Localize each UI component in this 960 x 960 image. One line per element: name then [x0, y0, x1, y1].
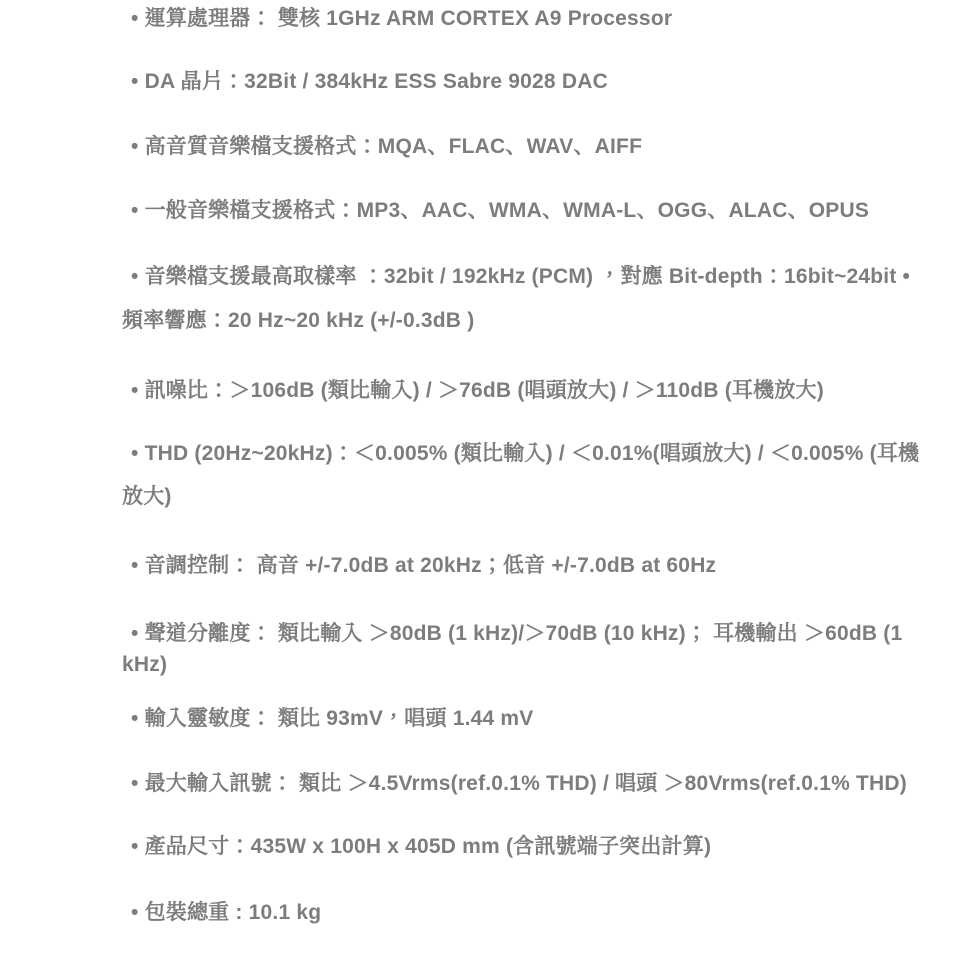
spec-line-thd-wrap: 放大)	[122, 482, 172, 512]
spec-line-dac-chip: • DA 晶片：32Bit / 384kHz ESS Sabre 9028 DA…	[131, 67, 608, 97]
spec-line-max-sample-rate: • 音樂檔支援最高取樣率 ：32bit / 192kHz (PCM) ，對應 B…	[131, 262, 910, 292]
spec-line-hires-audio-formats: • 高音質音樂檔支援格式：MQA、FLAC、WAV、AIFF	[131, 132, 642, 162]
spec-line-processor: • 運算處理器： 雙核 1GHz ARM CORTEX A9 Processor	[131, 4, 672, 34]
spec-line-input-sensitivity: • 輸入靈敏度： 類比 93mV，唱頭 1.44 mV	[131, 704, 534, 734]
spec-line-tone-control: • 音調控制： 高音 +/-7.0dB at 20kHz；低音 +/-7.0dB…	[131, 551, 716, 581]
spec-line-general-audio-formats: • 一般音樂檔支援格式：MP3、AAC、WMA、WMA-L、OGG、ALAC、O…	[131, 196, 869, 226]
spec-line-channel-separation: • 聲道分離度： 類比輸入 ＞80dB (1 kHz)/＞70dB (10 kH…	[131, 619, 902, 649]
spec-line-thd: • THD (20Hz~20kHz)：＜0.005% (類比輸入) / ＜0.0…	[131, 439, 919, 469]
spec-line-packed-weight: • 包裝總重 : 10.1 kg	[131, 898, 321, 928]
spec-line-frequency-response: 頻率響應：20 Hz~20 kHz (+/-0.3dB )	[122, 306, 474, 336]
product-spec-sheet: • 運算處理器： 雙核 1GHz ARM CORTEX A9 Processor…	[0, 0, 960, 960]
spec-line-max-input-signal: • 最大輸入訊號： 類比 ＞4.5Vrms(ref.0.1% THD) / 唱頭…	[131, 769, 907, 799]
spec-line-snr: • 訊噪比：＞106dB (類比輸入) / ＞76dB (唱頭放大) / ＞11…	[131, 376, 824, 406]
spec-line-product-dimensions: • 產品尺寸：435W x 100H x 405D mm (含訊號端子突出計算)	[131, 832, 711, 862]
spec-line-channel-separation-wrap: kHz)	[122, 650, 167, 680]
